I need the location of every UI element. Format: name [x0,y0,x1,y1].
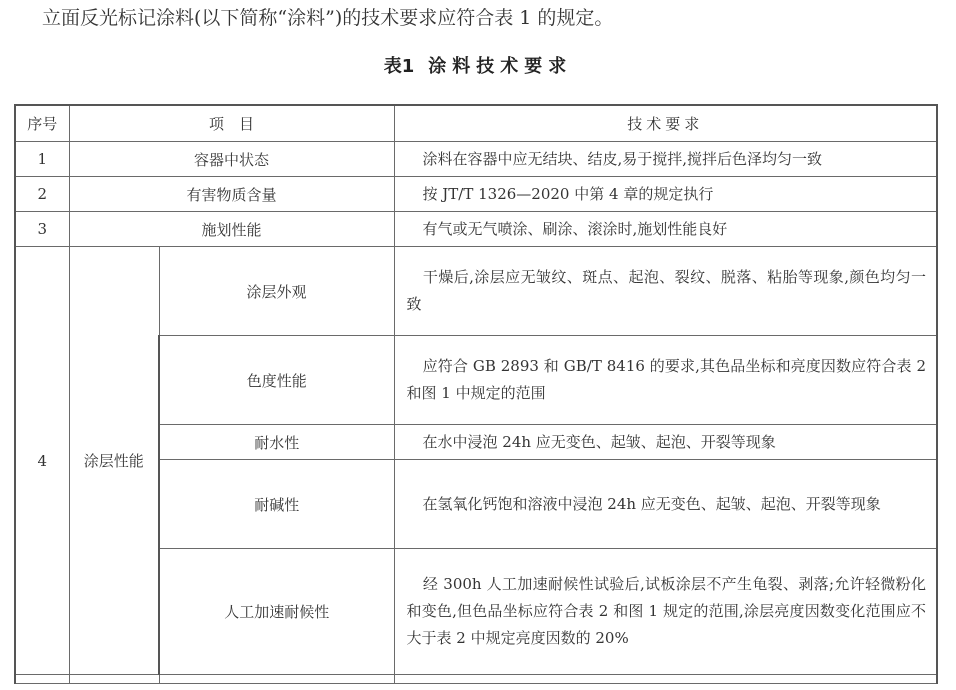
table-row: 4 涂层性能 涂层外观 干燥后,涂层应无皱纹、斑点、起泡、裂纹、脱落、粘胎等现象… [15,247,937,336]
row-requirement: 涂料在容器中应无结块、结皮,易于搅拌,搅拌后色泽均匀一致 [394,142,937,177]
group-no: 4 [15,247,69,675]
header-requirement: 技术要求 [394,105,937,142]
subrow-item: 耐碱性 [159,460,394,549]
table-caption: 表1涂料技术要求 [0,52,956,78]
table-row: 1 容器中状态 涂料在容器中应无结块、结皮,易于搅拌,搅拌后色泽均匀一致 [15,142,937,177]
intro-paragraph: 立面反光标记涂料(以下简称“涂料”)的技术要求应符合表 1 的规定。 [42,4,613,32]
subrow-item: 涂层外观 [159,247,394,336]
subrow-requirement: 经 300h 人工加速耐候性试验后,试板涂层不产生龟裂、剥落;允许轻微粉化和变色… [394,549,937,675]
subrow-item: 人工加速耐候性 [159,549,394,675]
subrow-item: 色度性能 [159,336,394,425]
table-header-row: 序号 项 目 技术要求 [15,105,937,142]
table-caption-title: 涂料技术要求 [428,56,572,77]
table-row: 3 施划性能 有气或无气喷涂、刷涂、滚涂时,施划性能良好 [15,212,937,247]
subrow-requirement: 应符合 GB 2893 和 GB/T 8416 的要求,其色品坐标和亮度因数应符… [394,336,937,425]
row-no: 1 [15,142,69,177]
table-row: 2 有害物质含量 按 JT/T 1326—2020 中第 4 章的规定执行 [15,177,937,212]
subrow-requirement: 干燥后,涂层应无皱纹、斑点、起泡、裂纹、脱落、粘胎等现象,颜色均匀一致 [394,247,937,336]
subrow-requirement: 在水中浸泡 24h 应无变色、起皱、起泡、开裂等现象 [394,425,937,460]
table-row-continued [15,675,937,684]
row-item: 有害物质含量 [69,177,394,212]
row-item: 施划性能 [69,212,394,247]
table-caption-number: 表1 [384,56,415,77]
document-page: 立面反光标记涂料(以下简称“涂料”)的技术要求应符合表 1 的规定。 表1涂料技… [0,0,956,690]
row-requirement: 有气或无气喷涂、刷涂、滚涂时,施划性能良好 [394,212,937,247]
header-no: 序号 [15,105,69,142]
subrow-item: 耐水性 [159,425,394,460]
row-item: 容器中状态 [69,142,394,177]
row-no: 3 [15,212,69,247]
header-item: 项 目 [69,105,394,142]
row-requirement: 按 JT/T 1326—2020 中第 4 章的规定执行 [394,177,937,212]
subrow-requirement: 在氢氧化钙饱和溶液中浸泡 24h 应无变色、起皱、起泡、开裂等现象 [394,460,937,549]
group-item: 涂层性能 [69,247,159,675]
spec-table: 序号 项 目 技术要求 1 容器中状态 涂料在容器中应无结块、结皮,易于搅拌,搅… [14,104,938,684]
row-no: 2 [15,177,69,212]
